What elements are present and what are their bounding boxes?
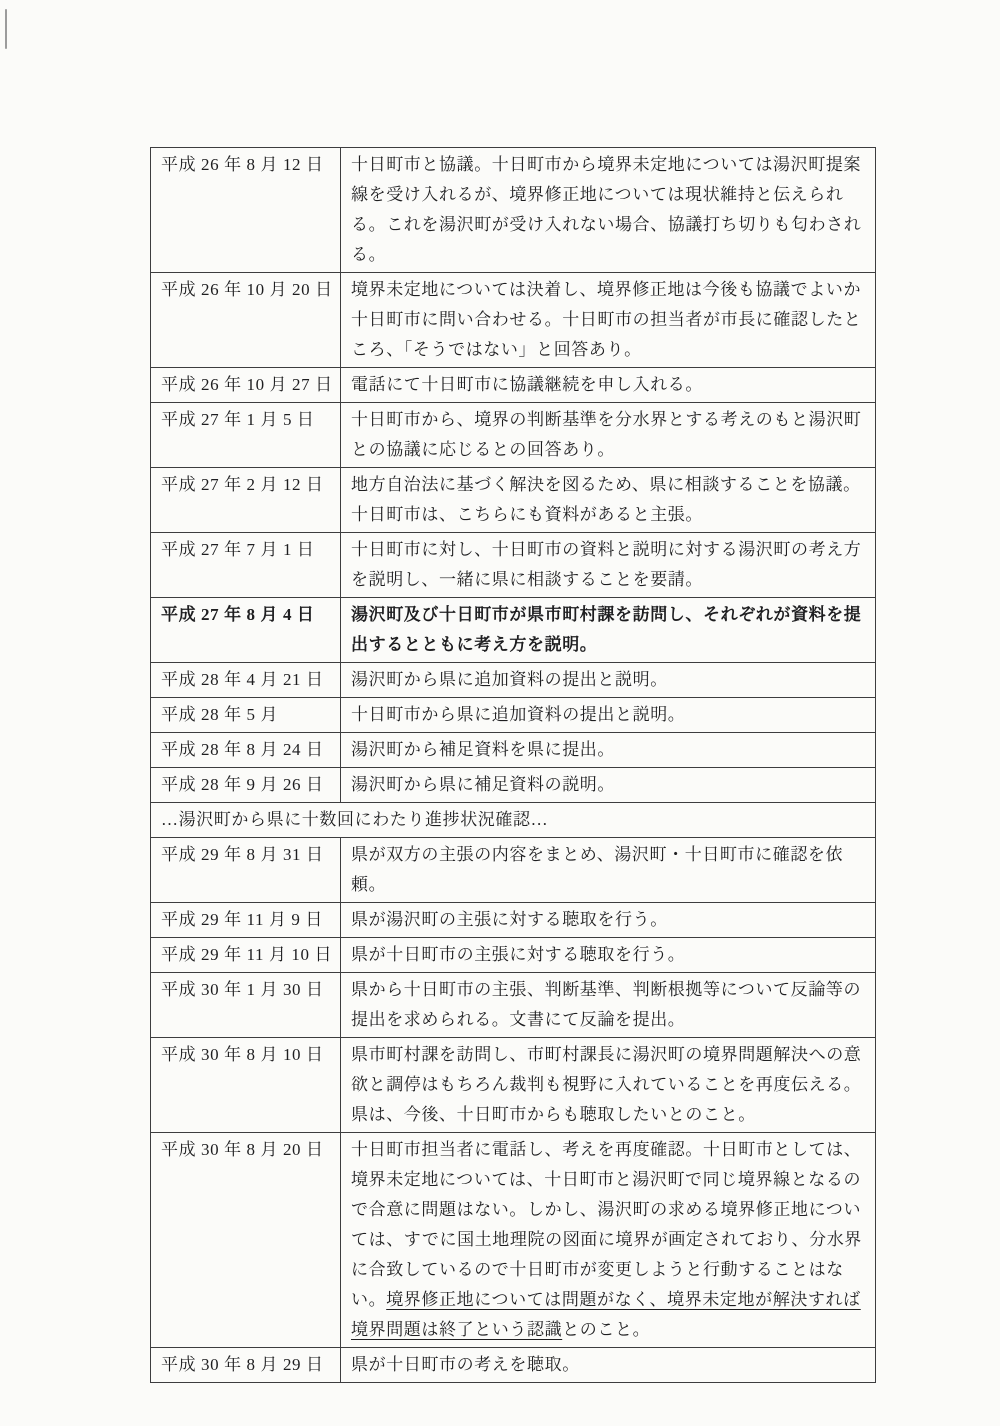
event-text: 十日町市と協議。十日町市から境界未定地については湯沢町提案線を受け入れるが、境界… — [351, 155, 861, 264]
date-cell: 平成 30 年 8 月 29 日 — [151, 1348, 341, 1383]
table-row: 平成 27 年 2 月 12 日地方自治法に基づく解決を図るため、県に相談するこ… — [151, 468, 876, 533]
event-text: 湯沢町から県に補足資料の説明。 — [351, 775, 615, 794]
table-row: 平成 26 年 10 月 27 日電話にて十日町市に協議継続を申し入れる。 — [151, 368, 876, 403]
event-text: 十日町市担当者に電話し、考えを再度確認。十日町市としては、境界未定地については、… — [351, 1140, 862, 1309]
event-text: 県が湯沢町の主張に対する聴取を行う。 — [351, 910, 668, 929]
event-text: 県から十日町市の主張、判断基準、判断根拠等について反論等の提出を求められる。文書… — [351, 980, 861, 1029]
event-cell: 県が十日町市の主張に対する聴取を行う。 — [341, 938, 876, 973]
event-text: 地方自治法に基づく解決を図るため、県に相談することを協議。十日町市は、こちらにも… — [351, 475, 861, 524]
date-cell: 平成 27 年 1 月 5 日 — [151, 403, 341, 468]
table-row: 平成 26 年 10 月 20 日境界未定地については決着し、境界修正地は今後も… — [151, 273, 876, 368]
table-row: 平成 28 年 4 月 21 日湯沢町から県に追加資料の提出と説明。 — [151, 663, 876, 698]
date-cell: 平成 28 年 5 月 — [151, 698, 341, 733]
table-row: 平成 27 年 1 月 5 日十日町市から、境界の判断基準を分水界とする考えのも… — [151, 403, 876, 468]
date-cell: 平成 26 年 8 月 12 日 — [151, 148, 341, 273]
table-row: 平成 30 年 1 月 30 日県から十日町市の主張、判断基準、判断根拠等につい… — [151, 973, 876, 1038]
date-cell: 平成 29 年 8 月 31 日 — [151, 838, 341, 903]
scanned-document-page: 平成 26 年 8 月 12 日十日町市と協議。十日町市から境界未定地については… — [0, 0, 1000, 1426]
event-cell: 県が十日町市の考えを聴取。 — [341, 1348, 876, 1383]
date-cell: 平成 29 年 11 月 9 日 — [151, 903, 341, 938]
event-cell: 十日町市と協議。十日町市から境界未定地については湯沢町提案線を受け入れるが、境界… — [341, 148, 876, 273]
event-text: 県が十日町市の主張に対する聴取を行う。 — [351, 945, 685, 964]
table-row: 平成 28 年 8 月 24 日湯沢町から補足資料を県に提出。 — [151, 733, 876, 768]
event-cell: 十日町市から、境界の判断基準を分水界とする考えのもと湯沢町との協議に応じるとの回… — [341, 403, 876, 468]
table-row: 平成 30 年 8 月 10 日県市町村課を訪問し、市町村課長に湯沢町の境界問題… — [151, 1038, 876, 1133]
event-cell: 県市町村課を訪問し、市町村課長に湯沢町の境界問題解決への意欲と調停はもちろん裁判… — [341, 1038, 876, 1133]
event-text: 十日町市から、境界の判断基準を分水界とする考えのもと湯沢町との協議に応じるとの回… — [351, 410, 861, 459]
date-cell: 平成 30 年 8 月 20 日 — [151, 1133, 341, 1348]
date-cell: 平成 28 年 8 月 24 日 — [151, 733, 341, 768]
table-row: 平成 27 年 8 月 4 日湯沢町及び十日町市が県市町村課を訪問し、それぞれが… — [151, 598, 876, 663]
event-text: 電話にて十日町市に協議継続を申し入れる。 — [351, 375, 703, 394]
event-text: 県が十日町市の考えを聴取。 — [351, 1355, 580, 1374]
table-row: 平成 29 年 8 月 31 日県が双方の主張の内容をまとめ、湯沢町・十日町市に… — [151, 838, 876, 903]
date-cell: 平成 28 年 9 月 26 日 — [151, 768, 341, 803]
table-row: 平成 28 年 5 月十日町市から県に追加資料の提出と説明。 — [151, 698, 876, 733]
table-row: 平成 29 年 11 月 9 日県が湯沢町の主張に対する聴取を行う。 — [151, 903, 876, 938]
table-row: 平成 28 年 9 月 26 日湯沢町から県に補足資料の説明。 — [151, 768, 876, 803]
date-cell: 平成 26 年 10 月 20 日 — [151, 273, 341, 368]
event-text: 境界未定地については決着し、境界修正地は今後も協議でよいか十日町市に問い合わせる… — [351, 280, 861, 359]
event-cell: 湯沢町から補足資料を県に提出。 — [341, 733, 876, 768]
event-text: 湯沢町及び十日町市が県市町村課を訪問し、それぞれが資料を提出するとともに考え方を… — [351, 605, 861, 654]
event-text: …湯沢町から県に十数回にわたり進捗状況確認… — [161, 810, 548, 829]
date-cell: 平成 26 年 10 月 27 日 — [151, 368, 341, 403]
event-cell: 県が双方の主張の内容をまとめ、湯沢町・十日町市に確認を依頼。 — [341, 838, 876, 903]
event-cell: 県が湯沢町の主張に対する聴取を行う。 — [341, 903, 876, 938]
event-text: 県市町村課を訪問し、市町村課長に湯沢町の境界問題解決への意欲と調停はもちろん裁判… — [351, 1045, 861, 1124]
event-text: 十日町市に対し、十日町市の資料と説明に対する湯沢町の考え方を説明し、一緒に県に相… — [351, 540, 861, 589]
table-row: 平成 30 年 8 月 29 日県が十日町市の考えを聴取。 — [151, 1348, 876, 1383]
event-text: 湯沢町から県に追加資料の提出と説明。 — [351, 670, 668, 689]
event-cell: 境界未定地については決着し、境界修正地は今後も協議でよいか十日町市に問い合わせる… — [341, 273, 876, 368]
date-cell: 平成 27 年 7 月 1 日 — [151, 533, 341, 598]
event-cell: 湯沢町及び十日町市が県市町村課を訪問し、それぞれが資料を提出するとともに考え方を… — [341, 598, 876, 663]
event-text: とのこと。 — [562, 1320, 650, 1339]
event-cell: 電話にて十日町市に協議継続を申し入れる。 — [341, 368, 876, 403]
event-cell: 湯沢町から県に追加資料の提出と説明。 — [341, 663, 876, 698]
table-row: 平成 30 年 8 月 20 日十日町市担当者に電話し、考えを再度確認。十日町市… — [151, 1133, 876, 1348]
table-row: 平成 29 年 11 月 10 日県が十日町市の主張に対する聴取を行う。 — [151, 938, 876, 973]
date-cell: 平成 29 年 11 月 10 日 — [151, 938, 341, 973]
event-text: 十日町市から県に追加資料の提出と説明。 — [351, 705, 685, 724]
table-row: 平成 26 年 8 月 12 日十日町市と協議。十日町市から境界未定地については… — [151, 148, 876, 273]
date-cell: 平成 27 年 8 月 4 日 — [151, 598, 341, 663]
event-cell: 地方自治法に基づく解決を図るため、県に相談することを協議。十日町市は、こちらにも… — [341, 468, 876, 533]
event-cell: 十日町市に対し、十日町市の資料と説明に対する湯沢町の考え方を説明し、一緒に県に相… — [341, 533, 876, 598]
scan-edge-mark — [5, 9, 7, 49]
table-row: …湯沢町から県に十数回にわたり進捗状況確認… — [151, 803, 876, 838]
date-cell: 平成 30 年 1 月 30 日 — [151, 973, 341, 1038]
event-cell: 十日町市担当者に電話し、考えを再度確認。十日町市としては、境界未定地については、… — [341, 1133, 876, 1348]
chronology-table: 平成 26 年 8 月 12 日十日町市と協議。十日町市から境界未定地については… — [150, 147, 876, 1383]
event-text: 県が双方の主張の内容をまとめ、湯沢町・十日町市に確認を依頼。 — [351, 845, 843, 894]
chronology-table-body: 平成 26 年 8 月 12 日十日町市と協議。十日町市から境界未定地については… — [151, 148, 876, 1383]
event-text: 湯沢町から補足資料を県に提出。 — [351, 740, 615, 759]
event-cell: 湯沢町から県に補足資料の説明。 — [341, 768, 876, 803]
date-cell: 平成 28 年 4 月 21 日 — [151, 663, 341, 698]
date-cell: 平成 27 年 2 月 12 日 — [151, 468, 341, 533]
date-cell: 平成 30 年 8 月 10 日 — [151, 1038, 341, 1133]
event-cell: 十日町市から県に追加資料の提出と説明。 — [341, 698, 876, 733]
merged-note-cell: …湯沢町から県に十数回にわたり進捗状況確認… — [151, 803, 876, 838]
event-cell: 県から十日町市の主張、判断基準、判断根拠等について反論等の提出を求められる。文書… — [341, 973, 876, 1038]
table-row: 平成 27 年 7 月 1 日十日町市に対し、十日町市の資料と説明に対する湯沢町… — [151, 533, 876, 598]
